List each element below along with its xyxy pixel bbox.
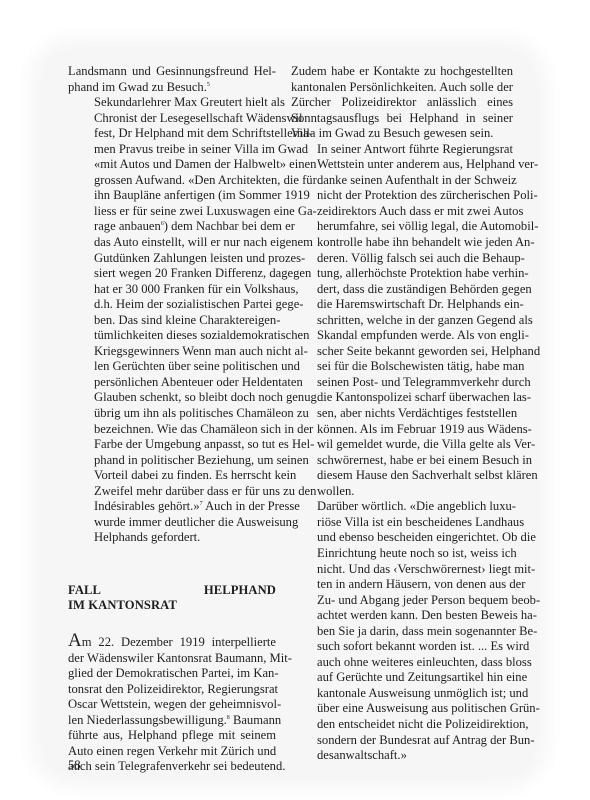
text-line: persönlichen Abenteuer oder Heldentaten — [68, 375, 276, 391]
text-line: siert wegen 20 Franken Differenz, dagege… — [68, 266, 276, 282]
text-line: Vorteil dabei zu finden. Es herrscht kei… — [68, 468, 276, 484]
right-column: Zudem habe er Kontakte zu hochgestellten… — [291, 64, 513, 764]
text-line: Glauben schenkt, so bleibt doch noch gen… — [68, 390, 276, 406]
text-line: achtet werden kann. Den besten Beweis ha… — [291, 608, 513, 624]
text-line: men Pravus treibe in seiner Villa im Gwa… — [68, 142, 276, 158]
text-line: «mit Autos und Damen der Halbwelt» einen — [68, 157, 276, 173]
text-line: Sekundarlehrer Max Greutert hielt als — [68, 95, 276, 111]
text-line: Darüber wörtlich. «Die angeblich luxu- — [291, 499, 513, 515]
text-line: schritten, welche in der ganzen Gegend a… — [291, 313, 513, 329]
text-line: scher Seite bekannt geworden sei, Helpha… — [291, 344, 513, 360]
text-line: Skandal empfunden werde. Als von engli- — [291, 328, 513, 344]
text-line: wil gemeldet wurde, die Villa gelte als … — [291, 437, 513, 453]
text-line: ben Sie ja darin, dass mein sogenannter … — [291, 624, 513, 640]
text-line: das Auto einstellt, will er nur nach eig… — [68, 235, 276, 251]
text-line: sondern der Bundesrat auf Antrag der Bun… — [291, 733, 513, 749]
text-line: Zu- und Abgang jeder Person bequem beob- — [291, 593, 513, 609]
text-line: wurde immer deutlicher die Ausweisung — [68, 515, 276, 531]
text-line: tonsrat den Polizeidirektor, Regierungsr… — [68, 682, 276, 698]
text-line: d.h. Heim der sozialistischen Partei geg… — [68, 297, 276, 313]
text-line: fest, Dr Helphand mit dem Schriftsteller… — [68, 126, 276, 142]
text-line: nicht der Protektion des zürcherischen P… — [291, 188, 513, 204]
text-line: phand im Gwad zu Besuch.5 — [68, 80, 276, 96]
text-line: die Kantonspolizei scharf überwachen las… — [291, 390, 513, 406]
text-line: sei für die Bolschewisten tätig, habe ma… — [291, 359, 513, 375]
drop-cap: A — [68, 630, 82, 651]
text-line: sen, aber nichts Verdächtiges feststelle… — [291, 406, 513, 422]
text-line: ihn Baupläne anfertigen (im Sommer 1919 — [68, 188, 276, 204]
text-line: Oscar Wettstein, wegen der geheimnisvol- — [68, 697, 276, 713]
text-line: IM KANTONSRAT — [68, 598, 276, 614]
text-line: Auto einen regen Verkehr mit Zürich und — [68, 744, 276, 760]
text-line: In seiner Antwort führte Regierungsrat — [291, 142, 513, 158]
text-line: Am 22. Dezember 1919 interpellierte — [68, 635, 276, 651]
page-number: 58 — [68, 758, 81, 773]
text-line: Zudem habe er Kontakte zu hochgestellten — [291, 64, 513, 80]
paragraph: Zudem habe er Kontakte zu hochgestellten… — [291, 64, 513, 142]
text-line: übrig um ihn als politisches Chamäleon z… — [68, 406, 276, 422]
text-line: dert, dass die zuständigen Behörden gege… — [291, 282, 513, 298]
text-line: kantonale Ausweisung unmöglich ist; und — [291, 686, 513, 702]
text-line: kantonalen Persönlichkeiten. Auch solle … — [291, 80, 513, 96]
text-line: ben. Das sind kleine Charaktereigen- — [68, 313, 276, 329]
section-heading: FALL HELPHANDIM KANTONSRAT — [68, 583, 276, 614]
text-line: können. Als im Februar 1919 aus Wädens- — [291, 422, 513, 438]
text-line: Gutdünken Zahlungen leisten und prozes- — [68, 251, 276, 267]
text-line: die Haremswirtschaft Dr. Helphands ein- — [291, 297, 513, 313]
text-line: Chronist der Lesegesellschaft Wädenswil — [68, 111, 276, 127]
text-line: über eine Ausweisung aus politischen Grü… — [291, 701, 513, 717]
text-line: Indésirables gehört.»7 Auch in der Press… — [68, 499, 276, 515]
footnote-marker: 8 — [227, 715, 230, 721]
text-line: riöse Villa ist ein bescheidenes Landhau… — [291, 515, 513, 531]
text-line: diesem Hause den Sachverhalt selbst klär… — [291, 468, 513, 484]
text-line: kontrolle habe ihn behandelt wie jeden A… — [291, 235, 513, 251]
text-line: len Niederlassungsbewilligung.8 Baumann — [68, 713, 276, 729]
text-line: Farbe der Umgebung anpasst, so tut es He… — [68, 437, 276, 453]
text-line: der Wädenswiler Kantonsrat Baumann, Mit- — [68, 651, 276, 667]
text-line: nicht. Und das ‹Verschwörernest› liegt m… — [291, 562, 513, 578]
footnote-marker: 7 — [200, 501, 203, 507]
text-line: ten in andern Häusern, von denen aus der — [291, 577, 513, 593]
text-line: herumfahre, sei völlig legal, die Automo… — [291, 219, 513, 235]
text-line: phand in politischer Beziehung, um seine… — [68, 453, 276, 469]
text-line: seinen Post- und Telegrammverkehr durch — [291, 375, 513, 391]
text-line: Zweifel mehr darüber dass er für uns zu … — [68, 484, 276, 500]
text-line: such sofort bekannt worden ist. ... Es w… — [291, 639, 513, 655]
text-line: rage anbauen6) dem Nachbar bei dem er — [68, 219, 276, 235]
text-line: danke seinen Aufenthalt in der Schweiz — [291, 173, 513, 189]
text-line: zeidirektors Auch dass er mit zwei Autos — [291, 204, 513, 220]
paragraph: Sekundarlehrer Max Greutert hielt alsChr… — [68, 95, 276, 546]
left-column: Landsmann und Gesinnungsfreund Hel-phand… — [68, 64, 276, 775]
footnote-marker: 6 — [161, 221, 164, 227]
text-line: glied der Demokratischen Partei, im Kan- — [68, 666, 276, 682]
text-line: desanwaltschaft.» — [291, 748, 513, 764]
text-line: FALL HELPHAND — [68, 583, 276, 599]
text-line: hat er 30 000 Franken für ein Volkshaus, — [68, 282, 276, 298]
text-line: Landsmann und Gesinnungsfreund Hel- — [68, 64, 276, 80]
paragraph: Darüber wörtlich. «Die angeblich luxu-ri… — [291, 499, 513, 763]
footnote-marker: 5 — [207, 82, 210, 88]
text-line: auch sein Telegrafenverkehr sei bedeuten… — [68, 759, 276, 775]
text-line: grossen Aufwand. «Den Architekten, die f… — [68, 173, 276, 189]
text-line: Zürcher Polizeidirektor anlässlich eines — [291, 95, 513, 111]
text-line: Wettstein unter anderem aus, Helphand ve… — [291, 157, 513, 173]
book-page: Landsmann und Gesinnungsfreund Hel-phand… — [0, 0, 590, 800]
text-line: wollen. — [291, 484, 513, 500]
paragraph: In seiner Antwort führte RegierungsratWe… — [291, 142, 513, 500]
text-line: deren. Völlig falsch sei auch die Behaup… — [291, 251, 513, 267]
text-line: Sonntagsausflugs bei Helphand in seiner — [291, 111, 513, 127]
text-line: Villa im Gwad zu Besuch gewesen sein. — [291, 126, 513, 142]
text-line: len Gerüchten über seine politischen und — [68, 359, 276, 375]
text-line: tümlichkeiten dieses sozialdemokratische… — [68, 328, 276, 344]
text-line: auch ohne weiteres einleuchten, dass blo… — [291, 655, 513, 671]
text-line: Einrichtung heute noch so ist, weiss ich — [291, 546, 513, 562]
text-line: Helphands gefordert. — [68, 530, 276, 546]
text-line: und ebenso bescheiden eingerichtet. Ob d… — [291, 530, 513, 546]
text-line: schwörernest, habe er bei einem Besuch i… — [291, 453, 513, 469]
paragraph: Am 22. Dezember 1919 interpellierteder W… — [68, 635, 276, 775]
text-line: führte aus, Helphand pflege mit seinem — [68, 728, 276, 744]
text-line: Kriegsgewinners Wenn man auch nicht al- — [68, 344, 276, 360]
text-line: bezeichnen. Wie das Chamäleon sich in de… — [68, 422, 276, 438]
paragraph: Landsmann und Gesinnungsfreund Hel-phand… — [68, 64, 276, 95]
text-line: auf Gerüchte und Zeitungsartikel hin ein… — [291, 670, 513, 686]
text-line: tung, allerhöchste Protektion habe verhi… — [291, 266, 513, 282]
text-line: liess er für seine zwei Luxuswagen eine … — [68, 204, 276, 220]
text-line: den entscheidet nicht die Polizeidirekti… — [291, 717, 513, 733]
